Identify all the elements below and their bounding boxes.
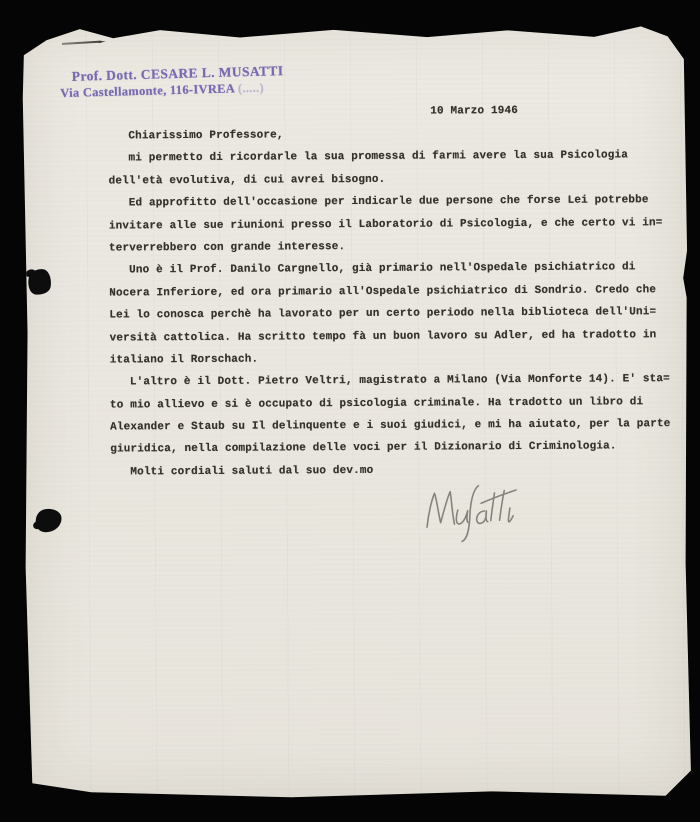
letter-body: Chiarissimo Professore,mi permetto di ri… <box>108 122 675 484</box>
letter-line: invitare alle sue riunioni presso il Lab… <box>109 212 674 238</box>
signature-stroke-i <box>508 508 513 522</box>
ink-blot-upper <box>27 268 53 297</box>
letterhead-stamp: Prof. Dott. CESARE L. MUSATTI Via Castel… <box>60 62 285 102</box>
scan-background: Prof. Dott. CESARE L. MUSATTI Via Castel… <box>0 0 700 822</box>
signature-stroke-long-s <box>460 486 481 542</box>
signature-stroke-u <box>456 510 468 524</box>
signature-stroke-m <box>426 492 455 528</box>
ink-blot-lower <box>34 508 62 534</box>
pencil-mark-tip <box>99 38 106 44</box>
letter-line: versità cattolica. Ha scritto tempo fà u… <box>109 324 674 350</box>
letter-line: Molti cordiali saluti dal suo dev.mo <box>110 458 675 484</box>
letter-line: mi permetto di ricordarle la sua promess… <box>108 144 673 170</box>
signature-musatti <box>417 477 538 550</box>
letterhead-address-faded: (.....) <box>238 81 264 96</box>
signature-stroke-a <box>476 511 487 524</box>
pencil-mark <box>62 38 106 47</box>
signature-stroke-crossbar <box>481 490 517 503</box>
letter-paper: Prof. Dott. CESARE L. MUSATTI Via Castel… <box>20 16 693 802</box>
letter-line: Uno è il Prof. Danilo Cargnello, già pri… <box>109 256 674 282</box>
letterhead-address-main: Via Castellamonte, 116-IVREA <box>60 81 238 100</box>
letter-date: 10 Marzo 1946 <box>430 105 518 118</box>
letter-line: L'altro è il Dott. Pietro Veltri, magist… <box>110 368 675 394</box>
letter-line: Ed approfitto dell'occasione per indicar… <box>109 189 674 215</box>
letter-line: giuridica, nella compilazione delle voci… <box>110 436 675 462</box>
letter-line: Lei lo conosca perchè ha lavorato per un… <box>109 301 674 327</box>
pencil-mark-shaft <box>62 41 102 45</box>
